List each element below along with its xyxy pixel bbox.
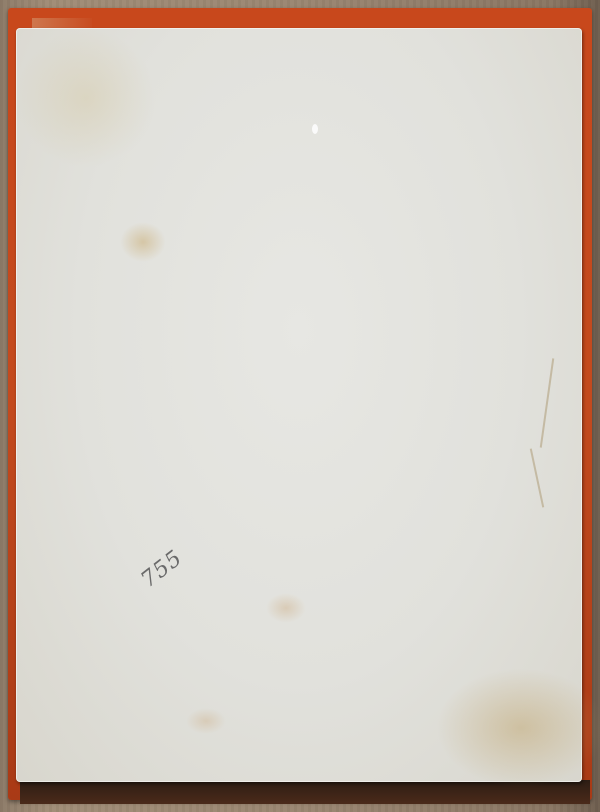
stain-top-left — [16, 28, 156, 168]
stain-small — [120, 222, 166, 262]
crack-line — [530, 448, 544, 507]
pencil-note: 755 — [137, 546, 188, 593]
crack-line — [540, 358, 555, 447]
surface-hole — [312, 124, 318, 134]
stain-bottom-left — [186, 708, 226, 734]
stain-middle — [266, 593, 306, 623]
box-lid: 755 — [16, 28, 582, 782]
stain-bottom-right — [436, 668, 600, 788]
